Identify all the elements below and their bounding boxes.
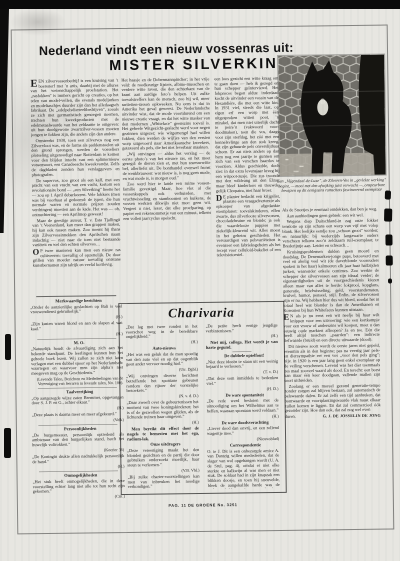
quote-item: „Het was een geluk dat de man spoedig va…	[126, 352, 198, 368]
photo-caption: Een „Vijgendaal-de-Luxe”, de Zilveren-Vo…	[276, 178, 388, 206]
fox-photo-graphic	[278, 55, 386, 176]
charivaria-right-column: „De petite heeft eenige jeugdige verbint…	[206, 323, 280, 489]
scan-edge-mark	[388, 278, 392, 283]
quote-item: „Deze vereeniging maakt het den blonden …	[127, 448, 199, 468]
body-paragraph: EEN zilvervossenbedrijf is een kruising …	[30, 78, 119, 138]
quote-item: „De rede werd besloten met de uitnoodigi…	[207, 398, 279, 414]
quote-item: „Dat lag met twee ronden in het voorscho…	[126, 324, 198, 340]
scan-edge-mark	[386, 255, 393, 265]
editor-note: Niet mij, collega. Het wordt je van hart…	[206, 340, 278, 351]
body-paragraph: een loos gezicht een witte kraag om te g…	[214, 76, 280, 194]
quote-source: (Volk)	[32, 417, 124, 423]
quote-item: „Liever dood dan onvrij, en een rollend …	[207, 426, 279, 437]
body-paragraph: Omstreeks 1930, toen een zilvervos nog e…	[31, 137, 120, 177]
quote-source: (H.)	[32, 464, 124, 470]
scan-edge-mark	[385, 234, 392, 245]
quote-item: „Op aangezegde wijze zaten Bremmer, opge…	[31, 395, 123, 406]
quote-item: „Niet deze ideeën te staan uit een weini…	[206, 359, 278, 370]
page-footer-text: PAG. 11 DE GROENE No. 3251	[168, 503, 237, 508]
silver-fox-photo	[278, 55, 386, 176]
body-paragraph: DE planter bedacht een krijgslist, plaat…	[216, 194, 281, 258]
left-miscellany-column: Merkwaardige berichten „Onder de aanzien…	[30, 298, 125, 505]
body-paragraph: Dit nieuwe soort wordt de eerste jaren n…	[284, 343, 381, 383]
quote-source: (H.)	[31, 331, 123, 337]
body-column-2: Het haasje en de Dobermannpincher; in he…	[121, 77, 212, 299]
editor-note: Men bereikt dit effect door de nagels te…	[127, 426, 199, 442]
quote-source: (H.)	[207, 414, 279, 419]
quote-item: „Het stuk heeft onmogelijkheden, die in …	[33, 479, 125, 495]
quote-source: (H. D.)	[206, 386, 278, 391]
quote-item: „Daar zweeft over de gebeurtenissen het …	[127, 400, 199, 420]
charivaria-title: Charivaria	[119, 304, 283, 322]
quote-item: „Wij ontvingen diverse berichten betreff…	[126, 373, 198, 393]
last-word: duren.	[285, 414, 296, 419]
body-column-4: Als de Sneetjes je eenmaal ontdekken, da…	[282, 207, 382, 493]
quote-source: (H.)	[206, 334, 278, 339]
charivaria-box: Charivaria „Dat lag met twee ronden in h…	[118, 301, 286, 495]
quote-source: (Utr. Dgbl.)	[126, 367, 198, 372]
body-paragraph: Kruisingsproblemen dulden geen moord en …	[283, 249, 380, 314]
body-paragraph: OP twee manieren kan men een nieuw ras c…	[33, 248, 121, 269]
scan-edge-mark	[384, 208, 392, 221]
drop-cap: E	[30, 79, 38, 88]
quote-source: (H.)	[126, 340, 198, 345]
quote-item: „Onder de aanzienlijke geslachten op Bal…	[30, 304, 122, 315]
body-paragraph: EN als je nu eens een wit neefje bij haa…	[283, 313, 379, 343]
body-paragraph: Maar de geestige auteur, T. v. Esta Tjal…	[32, 217, 120, 247]
quote-source: (N. v. d. D.)	[126, 394, 198, 399]
quote-source: (V.B. Vbl.)	[127, 468, 199, 473]
quote-source: (H.)	[127, 420, 199, 425]
author-signature: G. J. DE JOSSELIN DE JONG	[323, 413, 381, 419]
charivaria-left-column: „Dat lag met twee ronden in het voorscho…	[126, 324, 200, 490]
quote-item: „Natuurlijk houdt de afvaardiging zich a…	[31, 346, 123, 376]
quote-item: „De burgemeester, persoonlijk optredend …	[32, 432, 124, 448]
quote-source: (Nieuwsblad)	[207, 436, 279, 441]
body-column-3: een loos gezicht een witte kraag om te g…	[214, 76, 281, 298]
quote-source: (T. v. D.)	[206, 370, 278, 375]
body-paragraph: Het haasje en de Dobermannpincher; in he…	[121, 77, 210, 151]
body-paragraph: Wegens diep Duitschland-in zag onze fokk…	[282, 218, 378, 248]
photo-caption-text: Een „Vijgendaal-de-Luxe”, de Zilveren-Vo…	[276, 178, 388, 194]
quote-source: (Levende Talen, Berichten en Mededeeling…	[31, 376, 123, 386]
article-sign-off: duren. G. J. DE JOSSELIN DE JONG	[285, 413, 381, 419]
body-column-1: EEN zilvervossenbedrijf is een kruising …	[30, 78, 121, 296]
quote-source: (Crit.)	[33, 494, 125, 500]
body-paragraph: „Wij ontvingen — aldus het verslag — de …	[122, 151, 210, 181]
quote-item: „De petite heeft eenige jeugdige verbint…	[206, 323, 278, 334]
quote-item: O. te J. Dit is een onbezorgde amice A. …	[207, 448, 280, 489]
quote-item: „Dat deze som inmiddels te bedenken viel…	[206, 376, 278, 387]
quote-item: „Bij zulke charter-voorstellingen kan me…	[128, 474, 200, 490]
body-paragraph: Zoolang er een moreel gezond generatie-t…	[284, 383, 380, 413]
body-paragraph: De supervos, zoo groot als een kalf, met…	[32, 177, 121, 217]
newspaper-page: Nederland vindt een nieuw vossenras uit:…	[0, 0, 400, 561]
quote-item: „De Koningin drukte allen nadrukkelijk p…	[32, 453, 124, 464]
quote-item: „Zijn kasten waren blond en aan de slape…	[31, 321, 123, 332]
body-paragraph: Zoo werd hier te lande een ruime vossen-…	[123, 181, 212, 221]
